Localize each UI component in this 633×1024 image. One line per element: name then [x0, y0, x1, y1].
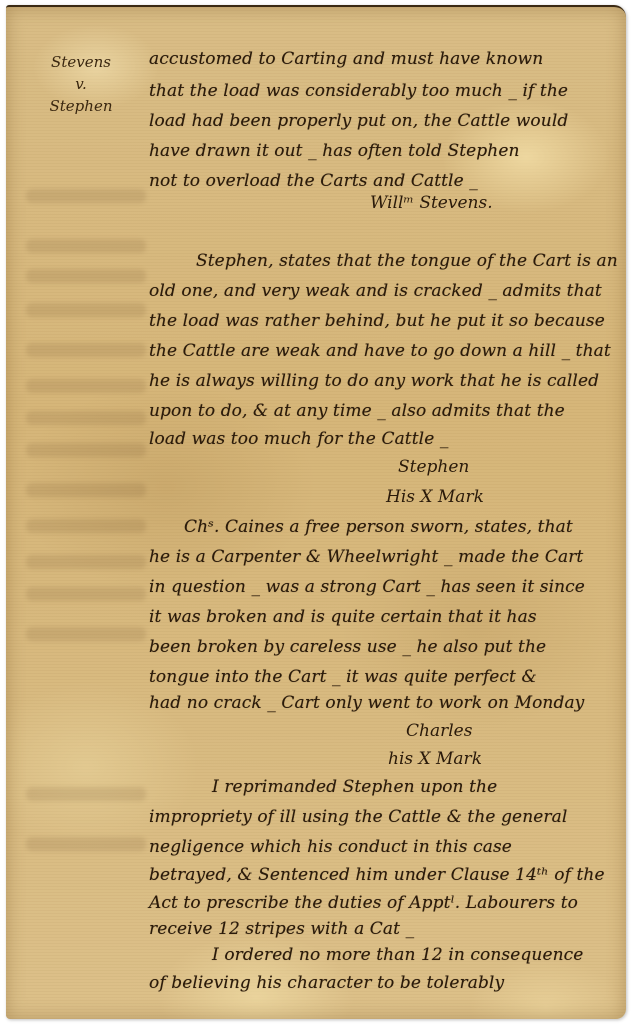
- text-line: receive 12 stripes with a Cat _: [149, 919, 414, 939]
- ink-bleed-through: [26, 519, 146, 533]
- text-line: in question _ was a strong Cart _ has se…: [149, 577, 585, 597]
- ink-bleed-through: [26, 269, 146, 283]
- text-line: that the load was considerably too much …: [149, 81, 568, 101]
- text-line: I reprimanded Stephen upon the: [212, 777, 497, 797]
- text-line: load was too much for the Cattle _: [149, 429, 448, 449]
- signature-charles: Charles: [406, 721, 472, 741]
- ink-bleed-through: [26, 787, 146, 801]
- ink-bleed-through: [26, 555, 146, 569]
- text-line: been broken by careless use _ he also pu…: [149, 637, 546, 657]
- signature-stephen: Stephen: [398, 457, 469, 477]
- margin-plaintiff: Stevens: [36, 53, 126, 71]
- text-line: it was broken and is quite certain that …: [149, 607, 537, 627]
- signature-stephen-mark: His X Mark: [386, 487, 484, 507]
- text-line: the Cattle are weak and have to go down …: [149, 341, 611, 361]
- ink-bleed-through: [26, 443, 146, 457]
- ink-bleed-through: [26, 587, 146, 601]
- text-line: the load was rather behind, but he put i…: [149, 311, 605, 331]
- ink-bleed-through: [26, 411, 146, 425]
- ink-bleed-through: [26, 837, 146, 851]
- text-line: impropriety of ill using the Cattle & th…: [149, 807, 567, 827]
- margin-defendant: Stephen: [36, 97, 126, 115]
- text-line: he is a Carpenter & Wheelwright _ made t…: [149, 547, 583, 567]
- text-line: Act to prescribe the duties of Apptˡ. La…: [149, 893, 578, 913]
- ink-bleed-through: [26, 627, 146, 641]
- text-line: negligence which his conduct in this cas…: [149, 837, 512, 857]
- text-line: not to overload the Carts and Cattle _: [149, 171, 478, 191]
- text-line: tongue into the Cart _ it was quite perf…: [149, 667, 537, 687]
- margin-case-title: Stevens v. Stephen: [36, 53, 126, 115]
- manuscript-page: Stevens v. Stephen accustomed to Carting…: [6, 5, 626, 1019]
- ink-bleed-through: [26, 379, 146, 393]
- text-line: load had been properly put on, the Cattl…: [149, 111, 568, 131]
- ink-bleed-through: [26, 189, 146, 203]
- text-line: Chˢ. Caines a free person sworn, states,…: [184, 517, 573, 537]
- margin-versus: v.: [36, 75, 126, 93]
- ink-bleed-through: [26, 343, 146, 357]
- ink-bleed-through: [26, 239, 146, 253]
- text-line: accustomed to Carting and must have know…: [149, 49, 543, 69]
- text-line: Stephen, states that the tongue of the C…: [196, 251, 618, 271]
- ink-bleed-through: [26, 303, 146, 317]
- text-line: old one, and very weak and is cracked _ …: [149, 281, 602, 301]
- signature-stevens: Willᵐ Stevens.: [370, 193, 493, 213]
- ink-bleed-through: [26, 483, 146, 497]
- text-line: of believing his character to be tolerab…: [149, 973, 504, 993]
- text-line: I ordered no more than 12 in consequence: [212, 945, 583, 965]
- text-line: had no crack _ Cart only went to work on…: [149, 693, 584, 713]
- text-line: upon to do, & at any time _ also admits …: [149, 401, 565, 421]
- text-line: have drawn it out _ has often told Steph…: [149, 141, 520, 161]
- text-line: betrayed, & Sentenced him under Clause 1…: [149, 865, 605, 885]
- signature-charles-mark: his X Mark: [388, 749, 482, 769]
- text-line: he is always willing to do any work that…: [149, 371, 599, 391]
